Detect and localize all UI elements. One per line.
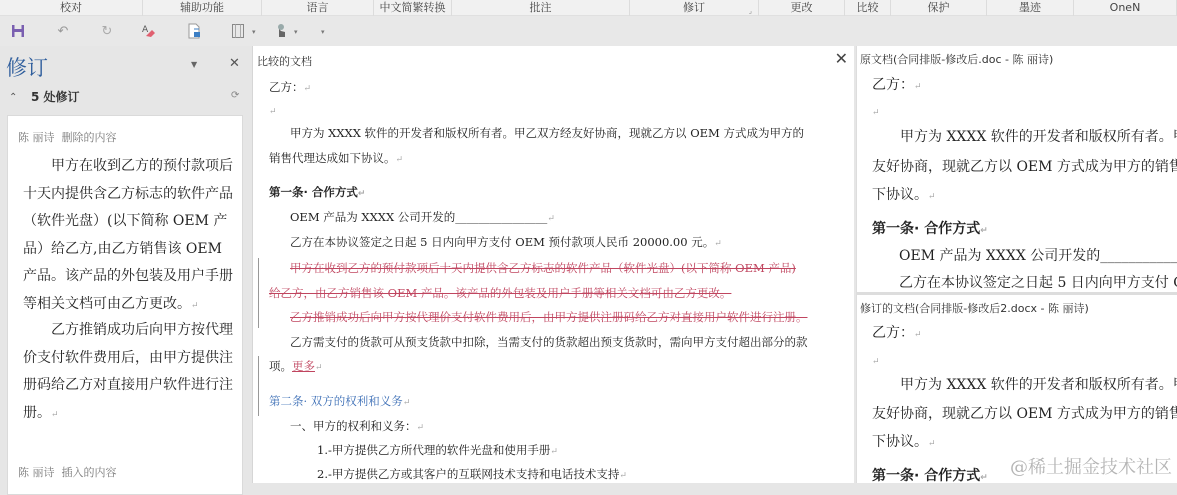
revision-action: 删除的内容: [62, 131, 117, 144]
doc-line: OEM 产品为 XXXX 公司开发的________________↵: [290, 209, 555, 225]
change-bar: [258, 258, 259, 328]
revision-item-header[interactable]: 陈 丽诗 插入的内容: [18, 464, 117, 480]
collapse-icon[interactable]: ⌃: [9, 92, 17, 103]
refresh-icon[interactable]: ⟳: [231, 90, 239, 101]
close-icon[interactable]: ✕: [229, 56, 240, 71]
layout-dropdown-arrow-icon[interactable]: ▾: [252, 28, 256, 36]
watermark: @稀土掘金技术社区: [1010, 453, 1172, 479]
save-icon[interactable]: [10, 23, 26, 39]
revision-deleted-paragraph-2: 乙方推销成功后向甲方按代理价支付软件费用后，由甲方提供注册码给乙方对直接用户软件…: [23, 317, 236, 429]
doc-line: 乙方：↵: [269, 79, 311, 95]
touch-mode-icon[interactable]: [274, 23, 290, 39]
doc-line: 甲方为 XXXX 软件的开发者和版权所有者。甲乙双方经: [900, 126, 1177, 146]
paragraph-mark: ↵: [872, 103, 880, 119]
undo-icon[interactable]: ↶: [55, 23, 71, 39]
original-document-title: 原文档(合同排版-修改后.doc - 陈 丽诗): [860, 51, 1053, 67]
doc-line: 下协议。↵: [872, 184, 936, 204]
paragraph-mark: ↵: [872, 352, 880, 368]
spelling-check-icon[interactable]: A: [141, 23, 157, 39]
deleted-text[interactable]: 给乙方，由乙方销售该 OEM 产品。该产品的外包装及用户手册等相关文档可由乙方更…: [269, 285, 731, 301]
svg-text:A: A: [142, 25, 149, 35]
revision-author: 陈 丽诗: [18, 131, 55, 144]
list-item: 1.‑甲方提供乙方所代理的软件光盘和使用手册↵: [317, 442, 558, 458]
ribbon-group-label: 语言: [262, 0, 374, 16]
revisions-pane: 修订 ▼ ✕ ⌃ 5 处修订 ⟳ 陈 丽诗 删除的内容 甲方在收到乙方的预付款项…: [0, 46, 250, 483]
pane-options-dropdown-icon[interactable]: ▼: [191, 60, 197, 69]
ribbon-group-label: 中文简繁转换: [374, 0, 452, 16]
close-icon[interactable]: ✕: [835, 49, 848, 68]
doc-line: 乙方：↵: [872, 322, 922, 342]
ribbon-group-label: 辅助功能: [143, 0, 262, 16]
doc-line: 甲方为 XXXX 软件的开发者和版权所有者。甲乙双方经友好协商，现就乙方以 OE…: [290, 125, 804, 141]
article-heading: 第一条· 合作方式↵: [872, 218, 988, 238]
article-heading: 第二条· 双方的权利和义务↵: [269, 393, 410, 409]
dialog-launcher-icon[interactable]: ⌟: [749, 3, 752, 16]
ribbon-group-label: 校对: [0, 0, 143, 16]
doc-line: 一、甲方的权利和义务：↵: [290, 418, 424, 434]
quick-access-toolbar: ↶ ↻ A ▾ ▾ ▾: [0, 16, 1177, 46]
deleted-text[interactable]: 甲方在收到乙方的预付款项后十天内提供含乙方标志的软件产品（软件光盘）(以下简称 …: [290, 260, 796, 276]
article-heading: 第一条· 合作方式↵: [269, 184, 365, 200]
redo-icon[interactable]: ↻: [99, 23, 115, 39]
doc-line: OEM 产品为 XXXX 公司开发的________________: [899, 245, 1177, 265]
source-documents-pane: 原文档(合同排版-修改后.doc - 陈 丽诗) 乙方：↵ ↵ 甲方为 XXXX…: [856, 46, 1177, 483]
deleted-text[interactable]: 乙方推销成功后向甲方按代理价支付软件费用后，由甲方提供注册码给乙方对直接用户软件…: [290, 309, 808, 325]
doc-line: 甲方为 XXXX 软件的开发者和版权所有者。甲乙双方经: [900, 374, 1177, 394]
doc-line: 友好协商，现就乙方以 OEM 方式成为甲方的销售代理达成如: [872, 156, 1177, 176]
doc-line: 下协议。↵: [872, 431, 936, 451]
doc-line: 乙方在本协议签定之日起 5 日内向甲方支付 OEM 预付款项人民币 20000.…: [290, 234, 722, 250]
ribbon-group-label: 墨迹: [987, 0, 1074, 16]
page-layout-icon[interactable]: [230, 23, 246, 39]
ribbon-group-labels: 校对辅助功能语言中文简繁转换批注修订⌟更改比较保护墨迹OneN: [0, 0, 1177, 16]
paragraph-mark: ↵: [269, 103, 277, 117]
new-document-icon[interactable]: [187, 23, 203, 39]
doc-line: 乙方在本协议签定之日起 5 日内向甲方支付 OEM: [899, 272, 1177, 292]
inserted-text[interactable]: 更多: [292, 359, 315, 373]
revisions-pane-title: 修订: [6, 52, 48, 82]
doc-line: 项。更多↵: [269, 358, 323, 374]
revised-document-title: 修订的文档(合同排版-修改后2.docx - 陈 丽诗): [860, 300, 1089, 316]
revision-item-header[interactable]: 陈 丽诗 删除的内容: [18, 129, 117, 145]
ribbon-group-label: 保护: [891, 0, 987, 16]
change-bar: [258, 356, 259, 416]
customize-toolbar-icon[interactable]: ▾: [321, 28, 325, 36]
doc-line: 乙方需支付的货款可从预支货款中扣除，当需支付的货款超出预支货款时，需向甲方支付超…: [290, 334, 808, 350]
revision-list[interactable]: 陈 丽诗 删除的内容 甲方在收到乙方的预付款项后十天内提供含乙方标志的软件产品（…: [7, 115, 243, 483]
ribbon-group-label: 批注: [452, 0, 630, 16]
revision-count: 5 处修订: [31, 88, 80, 105]
article-heading: 第一条· 合作方式↵: [872, 465, 988, 483]
revision-author: 陈 丽诗: [18, 466, 55, 479]
ribbon-group-label: 修订⌟: [630, 0, 759, 16]
compared-document-title: 比较的文档: [257, 53, 312, 69]
ribbon-group-label: 比较: [845, 0, 891, 16]
doc-line: 乙方：↵: [872, 74, 922, 94]
list-item: 2.‑甲方提供乙方或其客户的互联网技术支持和电话技术支持↵: [317, 466, 627, 482]
doc-line: 销售代理达成如下协议。↵: [269, 150, 403, 166]
touch-dropdown-arrow-icon[interactable]: ▾: [294, 28, 298, 36]
doc-line: 友好协商，现就乙方以 OEM 方式成为甲方的销售代理达成如: [872, 403, 1177, 423]
revision-action: 插入的内容: [62, 466, 117, 479]
revision-deleted-paragraph-1: 甲方在收到乙方的预付款项后十天内提供含乙方标志的软件产品（软件光盘）(以下简称 …: [23, 153, 236, 320]
ribbon-group-label: 更改: [759, 0, 845, 16]
original-document-pane[interactable]: 原文档(合同排版-修改后.doc - 陈 丽诗) 乙方：↵ ↵ 甲方为 XXXX…: [857, 46, 1177, 292]
compared-document-pane[interactable]: 比较的文档 ✕ 乙方：↵ ↵ 甲方为 XXXX 软件的开发者和版权所有者。甲乙双…: [252, 46, 854, 483]
ribbon-group-label: OneN: [1074, 0, 1177, 16]
